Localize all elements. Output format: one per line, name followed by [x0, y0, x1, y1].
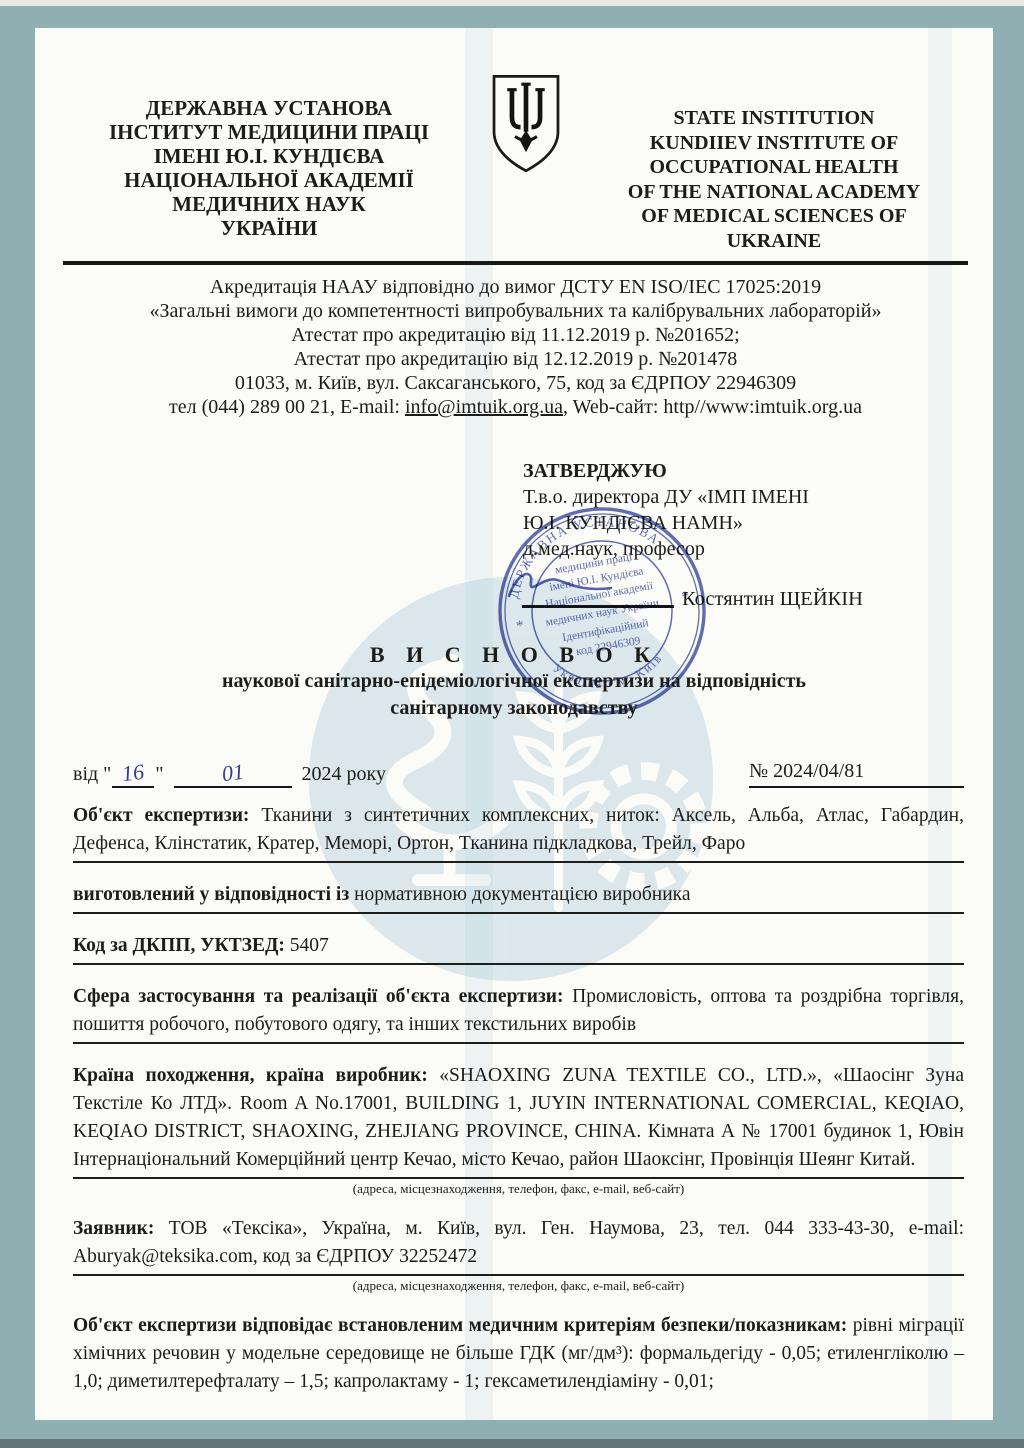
header-line: ІМЕНІ Ю.І. КУНДІЄВА: [63, 144, 475, 168]
header-line: UKRAINE: [598, 229, 950, 254]
header-divider: [63, 261, 968, 265]
accreditation-line: Акредитація НААУ відповідно до вимог ДСТ…: [63, 275, 968, 299]
header-line: НАЦІОНАЛЬНОЇ АКАДЕМІЇ: [63, 168, 475, 192]
header-line: ІНСТИТУТ МЕДИЦИНИ ПРАЦІ: [63, 120, 475, 144]
section-text: 5407: [285, 935, 329, 956]
section-label: Країна походження, країна виробник:: [73, 1065, 428, 1086]
date-month-blank: 01: [174, 760, 292, 788]
institution-name-ukrainian: ДЕРЖАВНА УСТАНОВА ІНСТИТУТ МЕДИЦИНИ ПРАЦ…: [63, 96, 475, 240]
field-caption: (адреса, місцезнаходження, телефон, факс…: [73, 1278, 964, 1294]
phone-text: тел (044) 289 00 21, E-mail:: [169, 396, 405, 418]
section-text: нормативною документацією виробника: [349, 884, 690, 905]
accreditation-line: Атестат про акредитацію від 11.12.2019 р…: [63, 323, 968, 347]
scan-top-edge: [0, 0, 1024, 6]
section-label: Код за ДКПП, УКТЗЕД:: [73, 935, 285, 956]
approval-heading: ЗАТВЕРДЖУЮ: [523, 458, 963, 484]
accreditation-line: «Загальні вимоги до компетентності випро…: [63, 299, 968, 323]
accreditation-line: Атестат про акредитацію від 12.12.2019 р…: [63, 347, 968, 371]
stamp-star: *: [515, 618, 525, 635]
section-compliance: Об'єкт експертизи відповідає встановлени…: [73, 1312, 964, 1396]
header-line: OF THE NATIONAL ACADEMY: [598, 180, 950, 205]
section-label: Сфера застосування та реалізації об'єкта…: [73, 986, 564, 1007]
header-line: МЕДИЧНИХ НАУК: [63, 192, 475, 216]
date-quote: ": [155, 763, 163, 785]
accreditation-line: 01033, м. Київ, вул. Саксаганського, 75,…: [63, 371, 968, 395]
document-title: В И С Н О В О К: [35, 642, 993, 668]
field-caption: (адреса, місцезнаходження, телефон, факс…: [73, 1181, 964, 1197]
ukraine-trident-emblem-icon: [487, 68, 565, 180]
section-code: Код за ДКПП, УКТЗЕД: 5407: [73, 932, 964, 965]
issue-date: від "16"012024 року: [73, 760, 386, 788]
accreditation-block: Акредитація НААУ відповідно до вимог ДСТ…: [63, 275, 968, 419]
date-and-number-row: від "16"012024 року № 2024/04/81: [73, 756, 964, 788]
section-text: ТОВ «Тексіка», Україна, м. Київ, вул. Ге…: [73, 1218, 964, 1267]
section-label: Об'єкт експертизи відповідає встановлени…: [73, 1315, 847, 1336]
stamp-star: *: [681, 589, 691, 606]
scanned-certificate: { "header": { "left_lines": ["ДЕРЖАВНА У…: [0, 0, 1024, 1448]
section-label: Заявник:: [73, 1218, 154, 1239]
conclusion-title-block: В И С Н О В О К наукової санітарно-епіде…: [35, 642, 993, 722]
header-line: УКРАЇНИ: [63, 216, 475, 240]
handwritten-day: 16: [121, 759, 146, 787]
section-scope: Сфера застосування та реалізації об'єкта…: [73, 983, 964, 1044]
header-line: OF MEDICAL SCIENCES OF: [598, 204, 950, 229]
scan-bottom-edge: [0, 1439, 1024, 1448]
date-year: 2024 року: [302, 763, 386, 785]
section-manufactured: виготовлений у відповідності із норматив…: [73, 881, 964, 914]
section-origin: Країна походження, країна виробник: «SHA…: [73, 1062, 964, 1179]
signer-name: Костянтин ЩЕЙКІН: [682, 588, 863, 611]
section-label: Об'єкт експертизи:: [73, 805, 249, 826]
header-line: OCCUPATIONAL HEALTH: [598, 155, 950, 180]
date-prefix: від ": [73, 763, 111, 785]
section-expertise-object: Об'єкт експертизи: Тканини з синтетичних…: [73, 802, 964, 863]
document-subtitle: наукової санітарно-епідеміологічної експ…: [35, 668, 993, 695]
email-text: info@imtuik.org.ua: [405, 396, 563, 418]
document-subtitle: санітарному законодавству: [35, 695, 993, 722]
website-text: , Web-сайт: http//www:imtuik.org.ua: [563, 396, 862, 418]
section-applicant: Заявник: ТОВ «Тексіка», Україна, м. Київ…: [73, 1215, 964, 1276]
header-line: STATE INSTITUTION: [598, 106, 950, 131]
document-body: від "16"012024 року № 2024/04/81 Об'єкт …: [73, 756, 964, 1396]
institution-name-english: STATE INSTITUTION KUNDIIEV INSTITUTE OF …: [598, 106, 950, 253]
contact-line: тел (044) 289 00 21, E-mail: info@imtuik…: [63, 395, 968, 419]
section-label: виготовлений у відповідності із: [73, 884, 349, 905]
date-day-blank: 16: [112, 760, 154, 788]
document-page: ДЕРЖАВНА УСТАНОВА ІНСТИТУТ МЕДИЦИНИ ПРАЦ…: [35, 28, 993, 1420]
header-line: ДЕРЖАВНА УСТАНОВА: [63, 96, 475, 120]
header-line: KUNDIIEV INSTITUTE OF: [598, 131, 950, 156]
handwritten-month: 01: [220, 759, 245, 787]
document-number: № 2024/04/81: [749, 760, 964, 788]
